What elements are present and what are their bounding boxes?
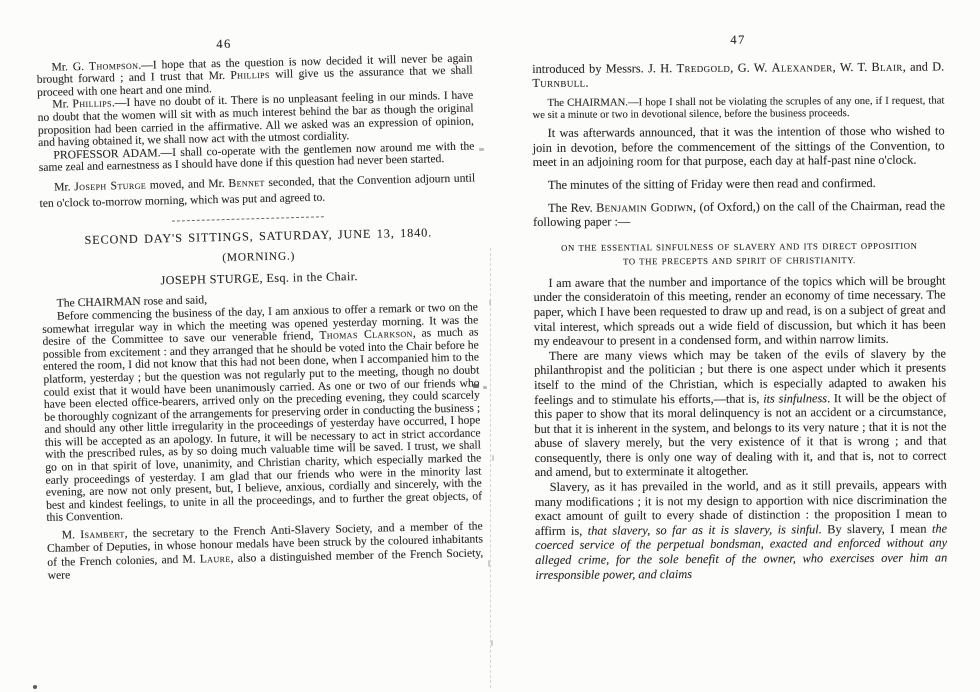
book-scan-spread: { "document": { "left_page": { "page_num… — [0, 0, 980, 692]
paragraph-paper-opening: I am aware that the number and importanc… — [533, 273, 945, 348]
paragraph-godwin-intro: The Rev. Benjamin Godiwn, (of Oxford,) o… — [533, 198, 945, 230]
paragraph-isambert: M. Isambert, the secretary to the French… — [47, 519, 484, 582]
scan-artifact — [491, 640, 493, 646]
section-divider — [172, 217, 324, 222]
paragraph-slavery-definition: Slavery, as it has prevailed in the worl… — [535, 478, 948, 583]
page-number-right: 47 — [532, 31, 944, 48]
scan-artifact — [479, 148, 484, 151]
paragraph-sturge-motion: Mr. Joseph Sturge moved, and Mr. Bennet … — [39, 170, 476, 212]
right-page-text-column: introduced by Messrs. J. H. Tredgold, G.… — [532, 59, 947, 582]
scan-artifact — [473, 384, 479, 388]
sitting-heading: SECOND DAY'S SITTINGS, SATURDAY, JUNE 13… — [40, 225, 476, 250]
paragraph-introduced-by: introduced by Messrs. J. H. Tredgold, G.… — [532, 59, 944, 91]
paragraph-chairman-remarks: Before commencing the business of the da… — [42, 301, 483, 525]
paragraph-views-of-slavery: There are many views which may be taken … — [534, 346, 947, 480]
scan-artifact — [483, 386, 487, 389]
left-page-text-column: Mr. G. Thompson.—I hope that as the ques… — [36, 52, 483, 582]
scan-artifact — [492, 455, 494, 461]
right-page: 47 introduced by Messrs. J. H. Tredgold,… — [532, 31, 947, 582]
left-page: 46 Mr. G. Thompson.—I hope that as the q… — [36, 32, 484, 582]
paragraph-minutes-read: The minutes of the sitting of Friday wer… — [533, 175, 945, 192]
session-subheading: (MORNING.) — [41, 247, 477, 270]
scan-artifact — [489, 300, 491, 305]
book-gutter-fold-shadow — [490, 248, 491, 688]
page-number-left: 46 — [6, 33, 442, 55]
chair-line: JOSEPH STURGE, Esq. in the Chair. — [41, 267, 477, 291]
paragraph-devotion-announcement: It was afterwards announced, that it was… — [533, 124, 945, 170]
scan-artifact — [488, 560, 490, 567]
scan-artifact — [33, 685, 37, 689]
paragraph-chairman-request: The CHAIRMAN.—I hope I shall not be viol… — [532, 94, 944, 121]
paper-title: ON THE ESSENTIAL SINFULNESS OF SLAVERY A… — [533, 238, 945, 269]
